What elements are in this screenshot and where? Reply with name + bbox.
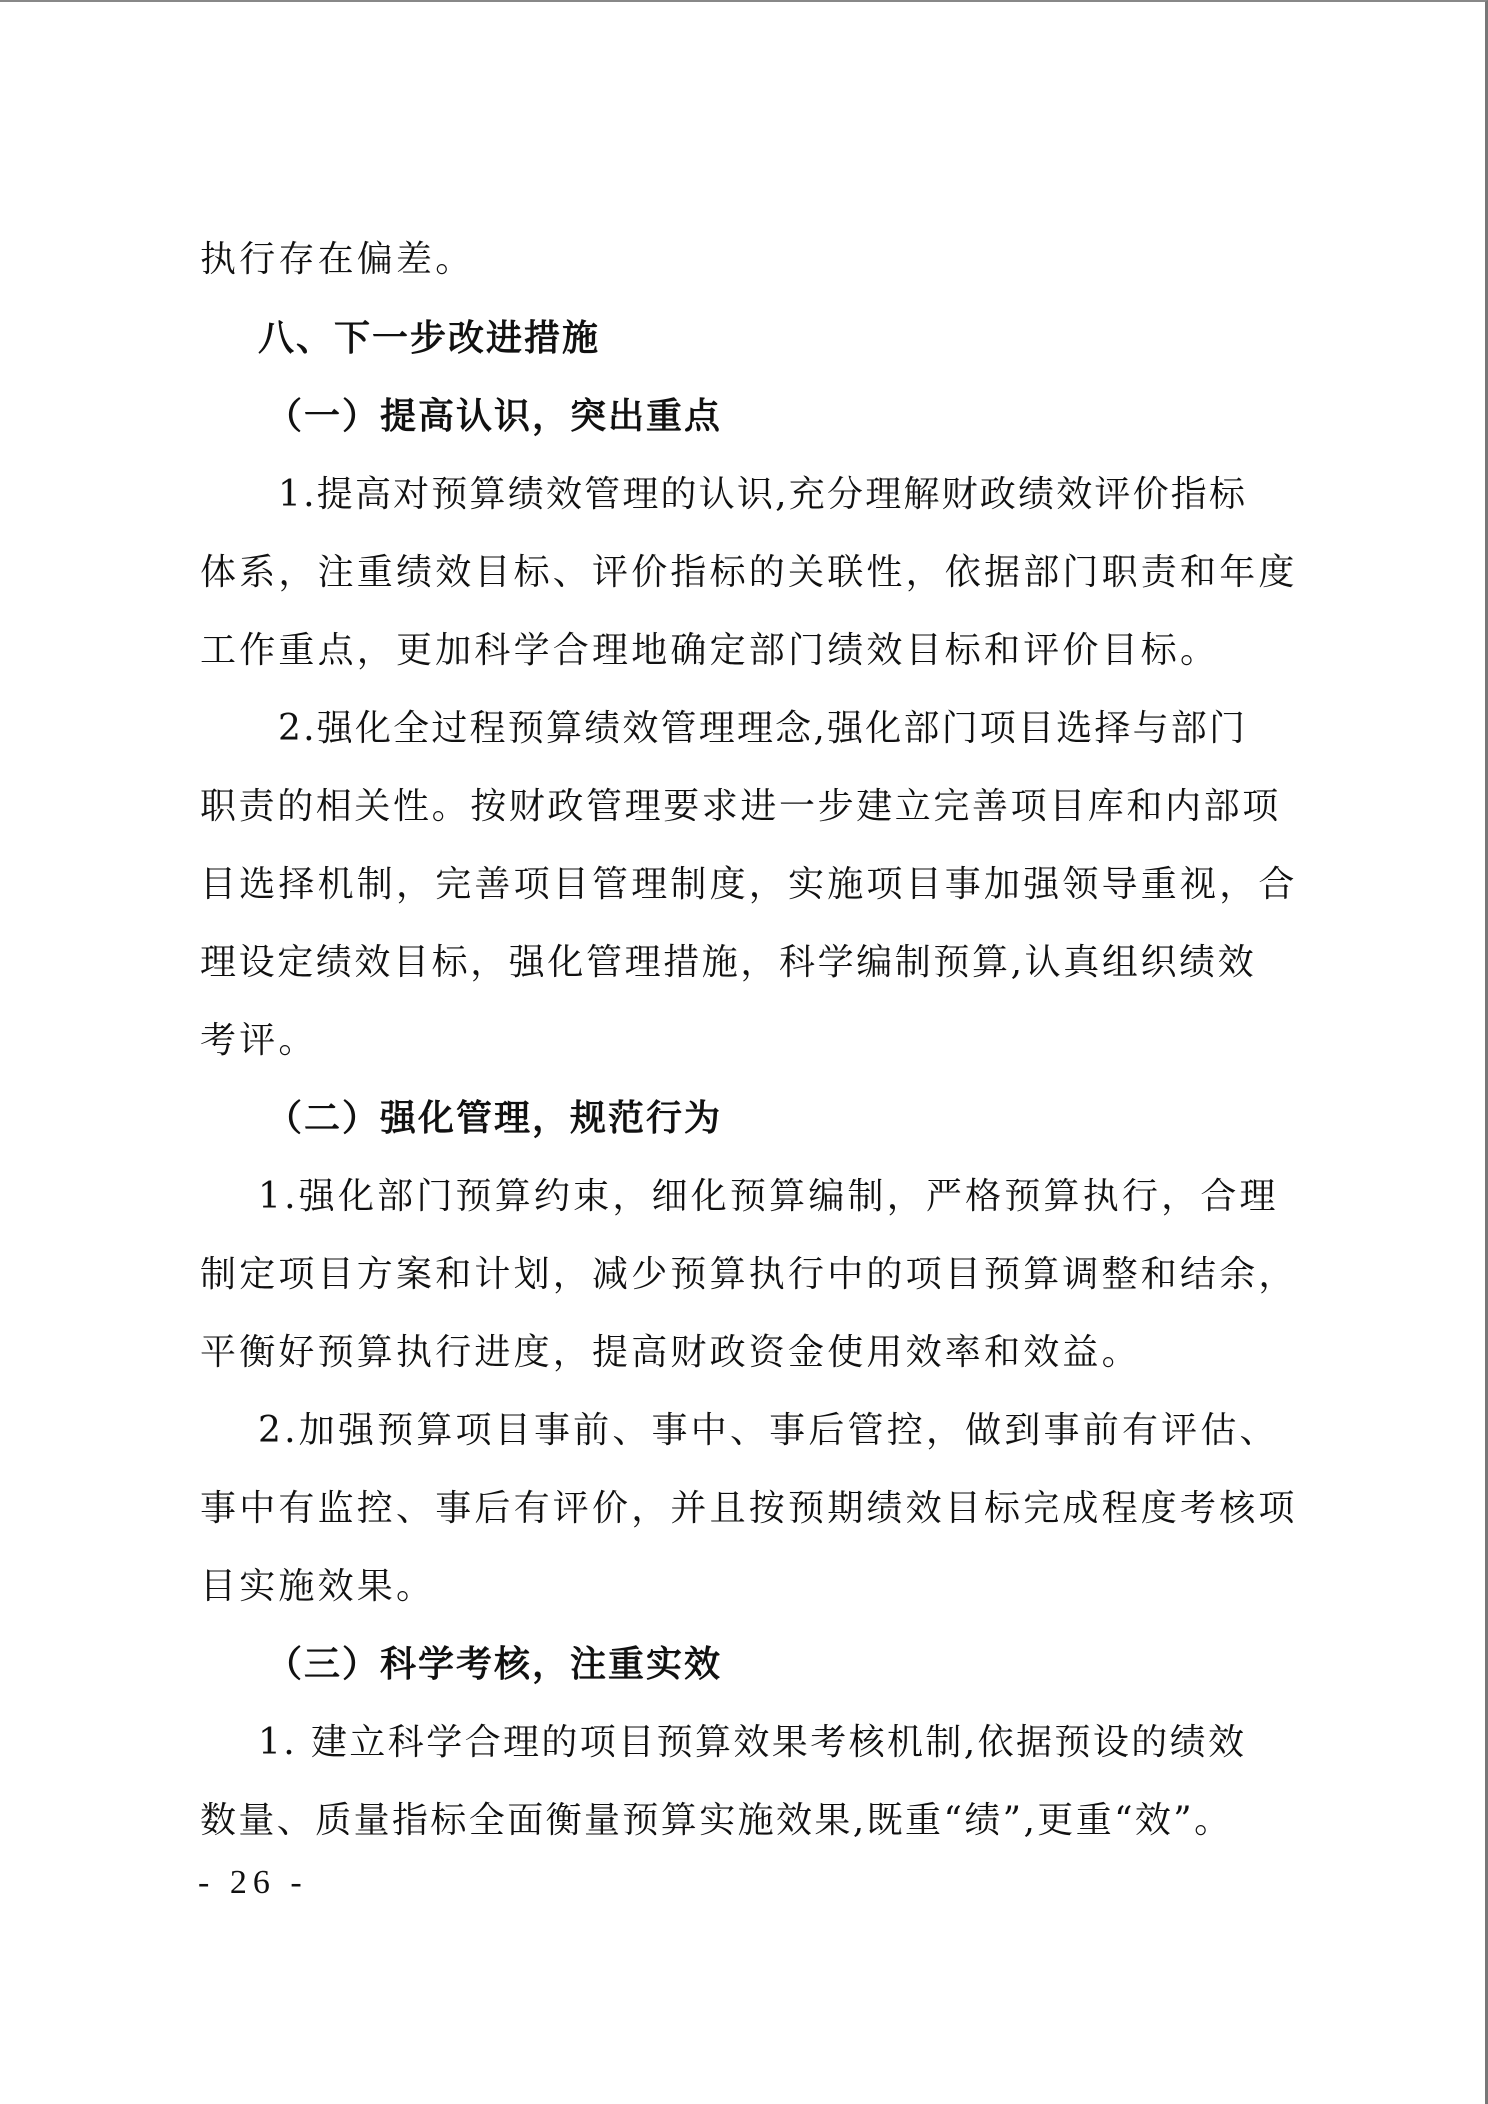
- body-line: 事中有监控、事后有评价，并且按预期绩效目标完成程度考核项: [200, 1470, 1300, 1548]
- body-line: 工作重点，更加科学合理地确定部门绩效目标和评价目标。: [200, 612, 1300, 690]
- page-number: - 26 -: [198, 1864, 308, 1902]
- section-heading: 八、下一步改进措施: [258, 300, 1358, 378]
- body-line: 职责的相关性。按财政管理要求进一步建立完善项目库和内部项: [200, 768, 1300, 846]
- paragraph-line: 1.提高对预算绩效管理的认识,充分理解财政绩效评价指标: [278, 456, 1378, 534]
- subsection-heading: （三）科学考核，注重实效: [266, 1626, 1366, 1704]
- paragraph-line: 2.强化全过程预算绩效管理理念,强化部门项目选择与部门: [278, 690, 1378, 768]
- body-line: 体系，注重绩效目标、评价指标的关联性，依据部门职责和年度: [200, 534, 1300, 612]
- body-line: 执行存在偏差。: [200, 221, 1300, 299]
- subsection-heading: （一）提高认识，突出重点: [266, 378, 1366, 456]
- body-line: 目实施效果。: [200, 1548, 1300, 1626]
- body-line: 目选择机制，完善项目管理制度，实施项目事加强领导重视，合: [200, 846, 1300, 924]
- paragraph-line: 1.强化部门预算约束，细化预算编制，严格预算执行，合理: [258, 1158, 1358, 1236]
- body-line: 平衡好预算执行进度，提高财政资金使用效率和效益。: [200, 1314, 1300, 1392]
- subsection-heading: （二）强化管理，规范行为: [266, 1080, 1366, 1158]
- paragraph-line: 1. 建立科学合理的项目预算效果考核机制,依据预设的绩效: [258, 1704, 1358, 1782]
- document-page: 执行存在偏差。 八、下一步改进措施 （一）提高认识，突出重点 1.提高对预算绩效…: [0, 2, 1488, 2104]
- body-line: 数量、质量指标全面衡量预算实施效果,既重“绩”,更重“效”。: [200, 1782, 1300, 1860]
- paragraph-line: 2.加强预算项目事前、事中、事后管控，做到事前有评估、: [258, 1392, 1358, 1470]
- body-line: 制定项目方案和计划，减少预算执行中的项目预算调整和结余，: [200, 1236, 1300, 1314]
- body-line: 考评。: [200, 1002, 1300, 1080]
- body-line: 理设定绩效目标，强化管理措施，科学编制预算,认真组织绩效: [200, 924, 1300, 1002]
